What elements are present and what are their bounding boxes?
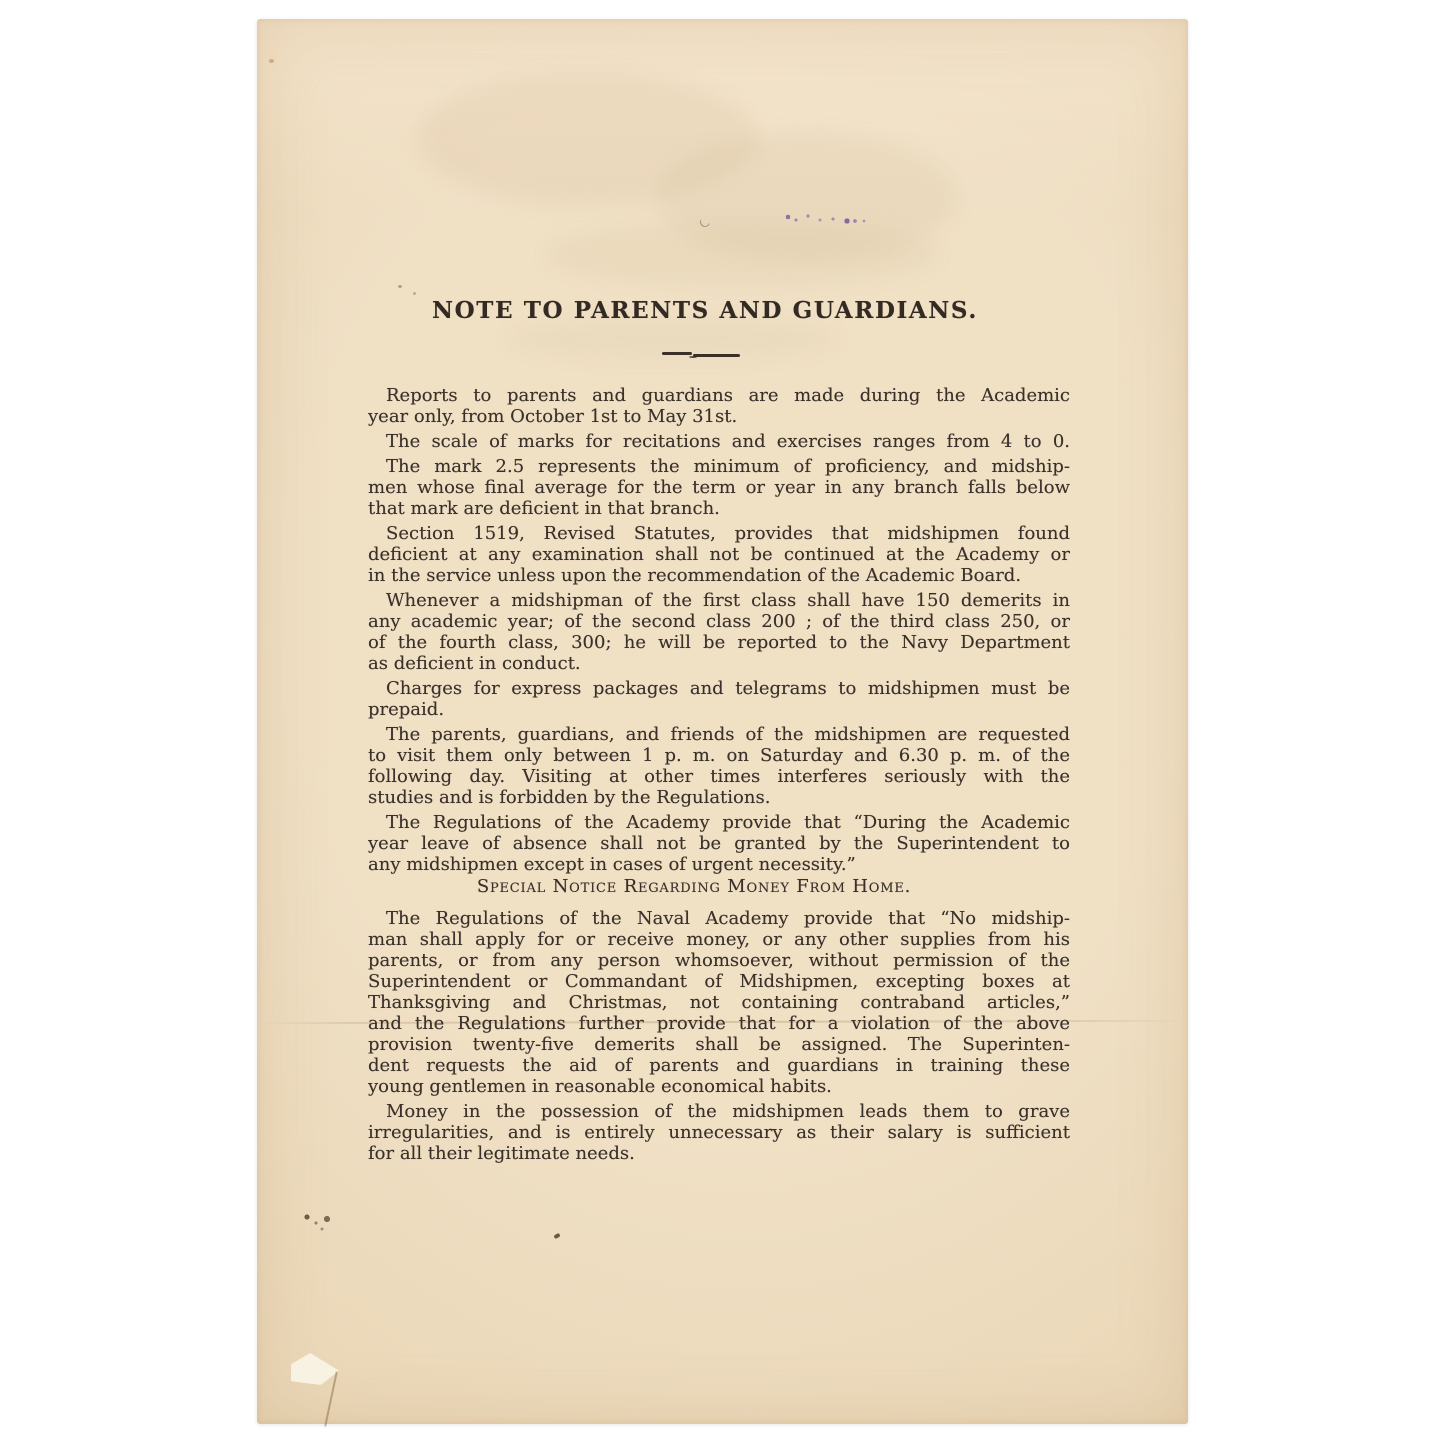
text-line: The mark 2.5 represents the minimum of p…: [368, 456, 1070, 477]
text-line: any midshipmen except in cases of urgent…: [368, 854, 1070, 875]
text-line: deficient at any examination shall not b…: [368, 544, 1070, 565]
ink-speck: [553, 1233, 560, 1239]
print-area: NOTE TO PARENTS AND GUARDIANS. Reports t…: [368, 298, 1070, 1164]
paragraph: Money in the possession of the midshipme…: [368, 1101, 1070, 1164]
paragraph: The parents, guardians, and friends of t…: [368, 724, 1070, 808]
text-line: following day. Visiting at other times i…: [368, 766, 1070, 787]
title-divider-rule: [662, 352, 740, 355]
text-line: The scale of marks for recitations and e…: [368, 431, 1070, 452]
showthrough-ghost: [417, 74, 757, 204]
text-line: Money in the possession of the midshipme…: [368, 1101, 1070, 1122]
document-title: NOTE TO PARENTS AND GUARDIANS.: [354, 298, 1056, 324]
paper-tear: [291, 1353, 339, 1385]
text-line: Charges for express packages and telegra…: [368, 678, 1070, 699]
text-line: dent requests the aid of parents and gua…: [368, 1055, 1070, 1076]
text-line: year only, from October 1st to May 31st.: [368, 406, 1070, 427]
paragraph: The scale of marks for recitations and e…: [368, 431, 1070, 452]
divider-dash-left: [662, 352, 692, 355]
text-line: provision twenty-five demerits shall be …: [368, 1034, 1070, 1055]
text-line: prepaid.: [368, 699, 1070, 720]
text-line: that mark are deficient in that branch.: [368, 498, 1070, 519]
paragraph: Charges for express packages and telegra…: [368, 678, 1070, 720]
showthrough-ghost: [657, 134, 957, 259]
paragraph: Whenever a midshipman of the first class…: [368, 590, 1070, 674]
paragraph: Reports to parents and guardians are mad…: [368, 385, 1070, 427]
paragraph: The mark 2.5 represents the minimum of p…: [368, 456, 1070, 519]
text-line: young gentlemen in reasonable economical…: [368, 1076, 1070, 1097]
text-line: Thanksgiving and Christmas, not containi…: [368, 992, 1070, 1013]
text-line: studies and is forbidden by the Regulati…: [368, 787, 1070, 808]
foxing-speck: [269, 59, 274, 63]
paragraph: The Regulations of the Academy provide t…: [368, 812, 1070, 875]
document-body: Reports to parents and guardians are mad…: [368, 385, 1070, 1164]
divider-dash-right: [693, 354, 740, 357]
text-line: parents, or from any person whomsoever, …: [368, 950, 1070, 971]
text-line: in the service unless upon the recommend…: [368, 565, 1070, 586]
divider-dash-join: [689, 356, 697, 358]
text-line: any academic year; of the second class 2…: [368, 611, 1070, 632]
text-line: year leave of absence shall not be grant…: [368, 833, 1070, 854]
text-line: to visit them only between 1 p. m. on Sa…: [368, 745, 1070, 766]
text-line: men whose final average for the term or …: [368, 477, 1070, 498]
paper-sheet: NOTE TO PARENTS AND GUARDIANS. Reports t…: [257, 19, 1188, 1424]
text-line: of the fourth class, 300; he will be rep…: [368, 632, 1070, 653]
foxing-speck: [413, 292, 416, 295]
text-line: and the Regulations further provide that…: [368, 1013, 1070, 1034]
showthrough-ghost: [547, 224, 937, 284]
paragraph: The Regulations of the Naval Academy pro…: [368, 908, 1070, 1097]
ink-dots-mark: [299, 1207, 337, 1235]
small-ink-curl-mark: [698, 215, 711, 228]
paper-tear-crease: [324, 1371, 338, 1426]
text-line: Reports to parents and guardians are mad…: [368, 385, 1070, 406]
text-line: Superintendent or Commandant of Midshipm…: [368, 971, 1070, 992]
text-line: Whenever a midshipman of the first class…: [368, 590, 1070, 611]
text-line: The parents, guardians, and friends of t…: [368, 724, 1070, 745]
paragraph: Section 1519, Revised Statutes, provides…: [368, 523, 1070, 586]
text-line: The Regulations of the Academy provide t…: [368, 812, 1070, 833]
text-line: The Regulations of the Naval Academy pro…: [368, 908, 1070, 929]
text-line: Section 1519, Revised Statutes, provides…: [368, 523, 1070, 544]
scan-stage: NOTE TO PARENTS AND GUARDIANS. Reports t…: [0, 0, 1445, 1445]
foxing-speck: [398, 285, 402, 288]
text-line: man shall apply for or receive money, or…: [368, 929, 1070, 950]
section-subheading: Special Notice Regarding Money From Home…: [343, 876, 1045, 897]
text-line: irregularities, and is entirely unnecess…: [368, 1122, 1070, 1143]
text-line: for all their legitimate needs.: [368, 1143, 1070, 1164]
text-line: as deficient in conduct.: [368, 653, 1070, 674]
purple-ink-mark: [781, 207, 873, 231]
